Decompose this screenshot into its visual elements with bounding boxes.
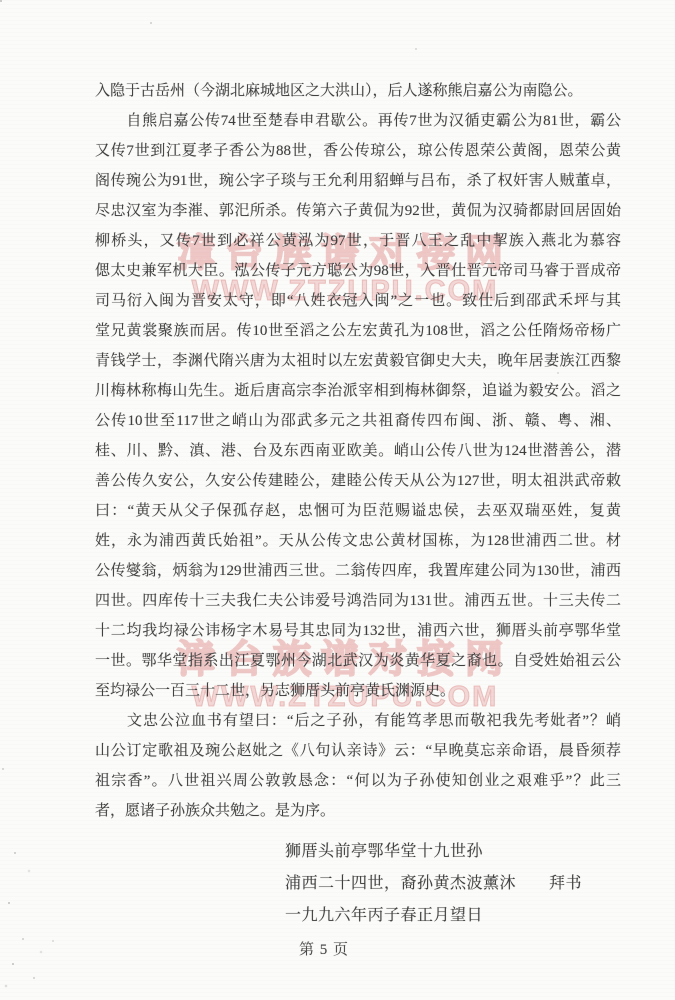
text-line: 文忠公泣血书有望曰：“后之子孙，有能笃孝思而敬祀我先考妣者”？峭 (95, 706, 621, 736)
signoff-block: 狮厝头前亭鄂华堂十九世孙 浦西二十四世，裔孙黄杰波薰沐 拜书 一九九六年丙子春正… (285, 836, 582, 932)
scanned-genealogy-page: 漳台族谱对接网 WWW.ZTZUPU.COM 漳台族谱对接网 WWW.ZTZUP… (0, 0, 675, 1000)
text-line: 柳桥头，又传7世到必祥公黄泓为97世，于晋八王之乱中挈族入燕北为慕容 (95, 226, 621, 256)
text-line: 川梅林称梅山先生。逝后唐高宗李治派宰相到梅林御祭，追谥为毅安公。滔之 (95, 376, 621, 406)
text-line: 司马衍入闽为晋安太守，即“八姓衣冠入闽”之一也。致仕后到邵武禾坪与其 (95, 286, 621, 316)
text-line: 姓，永为浦西黄氏始祖”。天从公传文忠公黄材国栋，为128世浦西二世。材 (95, 526, 621, 556)
text-line: 堂兄黄裳聚族而居。传10世至滔之公左宏黄孔为108世，滔之公任隋炀帝杨广 (95, 316, 621, 346)
text-line: 阁传琬公为91世，琬公字子琰与王允利用貂蝉与吕布，杀了权奸害人贼董卓， (95, 166, 621, 196)
text-line: 善公传久安公，久安公传建睦公，建睦公传天从公为127世，明太祖洪武帝敕 (95, 466, 621, 496)
text-line: 桂、川、黔、滇、港、台及东西南亚欧美。峭山公传八世为124世潜善公，潜 (95, 436, 621, 466)
scan-dust-specks (0, 0, 2, 2)
text-line: 山公订定歌祖及琬公赵妣之《八句认亲诗》云：“早晚莫忘亲命语，晨昏须荐 (95, 736, 621, 766)
page-number: 第 5 页 (299, 938, 349, 959)
document-body: 入隐于古岳州（今湖北麻城地区之大洪山），后人遂称熊启嘉公为南隐公。 自熊启嘉公传… (95, 76, 621, 826)
text-line: 曰：“黄天从父子保孤存赵，忠悃可为臣范赐谥忠侯，去巫双瑞巫姓，复黄 (95, 496, 621, 526)
text-line: 入隐于古岳州（今湖北麻城地区之大洪山），后人遂称熊启嘉公为南隐公。 (95, 76, 621, 106)
text-line: 公传10世至117世之峭山为邵武多元之共祖裔传四布闽、浙、赣、粤、湘、 (95, 406, 621, 436)
signoff-line: 浦西二十四世，裔孙黄杰波薰沐 拜书 (285, 868, 582, 900)
text-line: 祖宗香”。八世祖兴周公敦敦恳念：“何以为子孙使知创业之艰难乎”？此三 (95, 766, 621, 796)
signoff-line: 一九九六年丙子春正月望日 (285, 900, 582, 932)
text-line: 偲太史兼军机大臣。泓公传子元方聪公为98世，入晋仕晋元帝司马睿于晋成帝 (95, 256, 621, 286)
text-line: 一世。鄂华堂指系出江夏鄂州今湖北武汉为炎黄华夏之裔也。自受姓始祖云公 (95, 646, 621, 676)
text-line: 又传7世到江夏孝子香公为88世，香公传琼公，琼公传恩荣公黄阁，恩荣公黄 (95, 136, 621, 166)
text-line: 尽忠汉室为李漼、郭汜所杀。传第六子黄侃为92世，黄侃为汉骑都尉回居固始 (95, 196, 621, 226)
signoff-line: 狮厝头前亭鄂华堂十九世孙 (285, 836, 582, 868)
text-line: 自熊启嘉公传74世至楚春申君歇公。再传7世为汉循吏霸公为81世，霸公 (95, 106, 621, 136)
text-line: 四世。四库传十三夫我仁夫公讳爱号鸿浩同为131世。浦西五世。十三夫传二 (95, 586, 621, 616)
text-line: 至均禄公一百三十二世，另志狮厝头前亭黄氏渊源史。 (95, 676, 621, 706)
text-line: 十二均我均禄公讳杨字木易号其忠同为132世，浦西六世，狮厝头前亭鄂华堂 (95, 616, 621, 646)
text-line: 青钱学士，李渊代隋兴唐为太祖时以左宏黄毅官御史大夫，晚年居妻族江西黎 (95, 346, 621, 376)
text-line: 者，愿诸子孙族众共勉之。是为序。 (95, 796, 621, 826)
text-line: 公传燮翁，炳翁为129世浦西三世。二翁传四库，我置库建公同为130世，浦西 (95, 556, 621, 586)
